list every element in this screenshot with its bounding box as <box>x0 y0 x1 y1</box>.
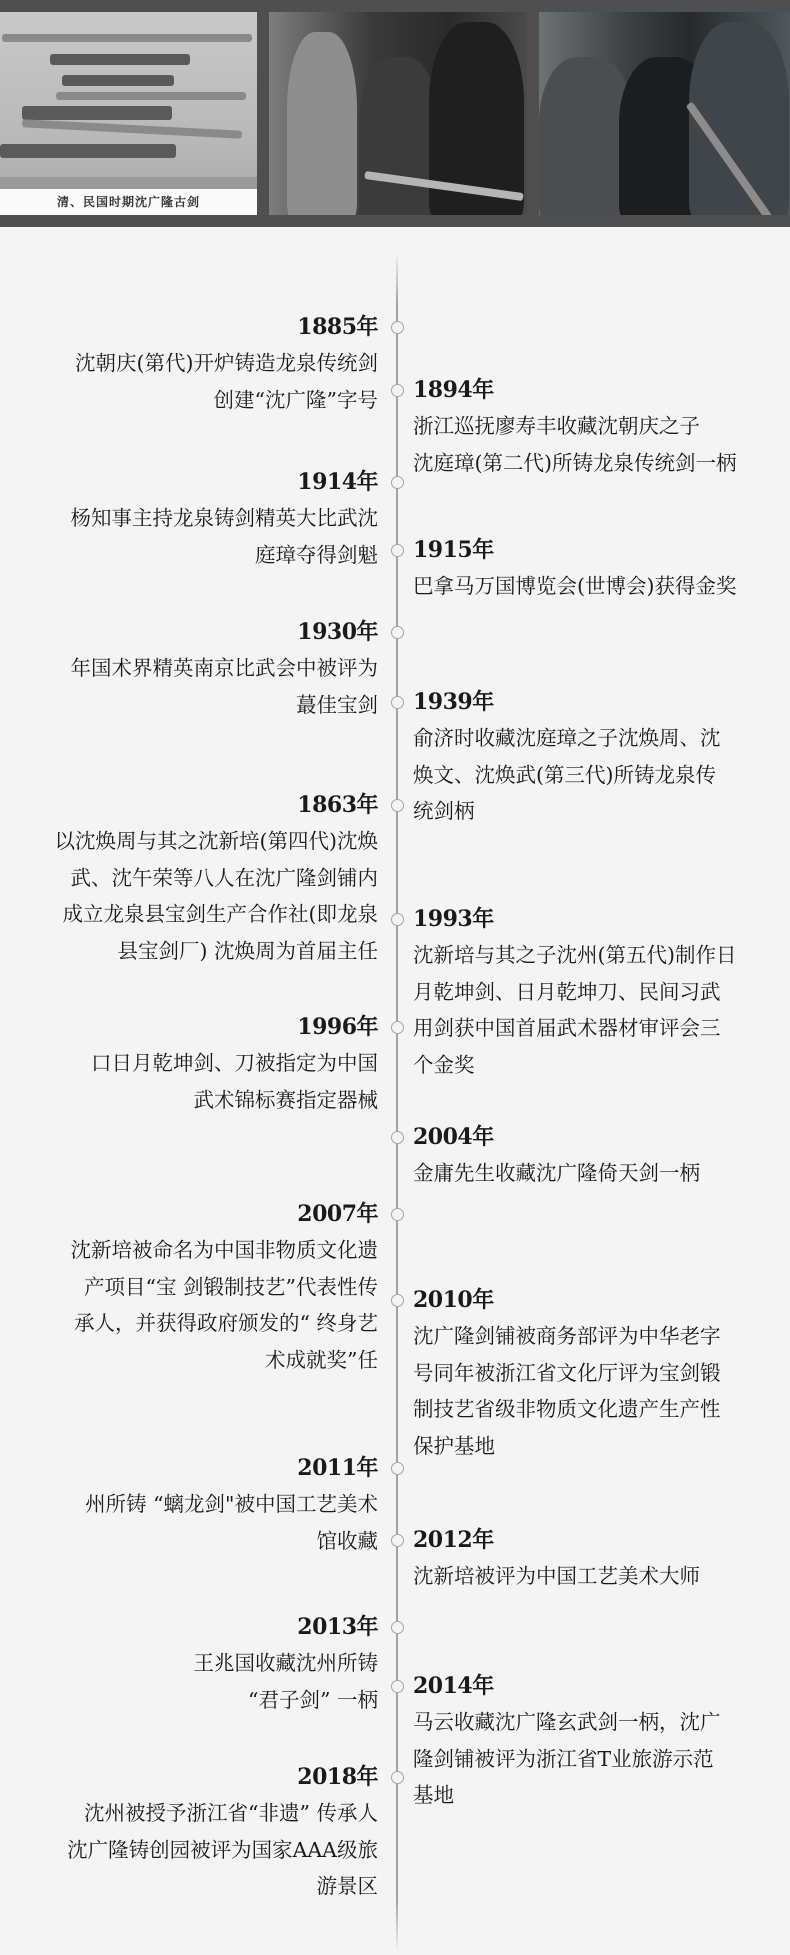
description-line: 个金奖 <box>413 1047 790 1084</box>
entry-year: 1894年 <box>413 376 790 404</box>
figure-shape <box>287 32 357 215</box>
timeline-entry-1915: 1915年 巴拿马万国博览会(世博会)获得金奖 <box>413 536 790 605</box>
entry-year: 2014年 <box>413 1672 790 1700</box>
entry-year: 2018年 <box>0 1763 378 1791</box>
entry-description: 杨知事主持龙泉铸剑精英大比武沈 庭璋夺得剑魁 <box>0 500 378 573</box>
timeline-node <box>391 1208 404 1221</box>
timeline-node <box>391 1462 404 1475</box>
sword-shape <box>56 92 246 100</box>
description-line: 沈广隆铸创园被评为国家AAA级旅 <box>0 1832 378 1869</box>
photo-caption: 清、民国时期沈广隆古剑 <box>0 189 257 215</box>
description-line: 用剑获中国首届武术器材审评会三 <box>413 1010 790 1047</box>
timeline-entry-2010: 2010年 沈广隆剑铺被商务部评为中华老字 号同年被浙江省文化厅评为宝剑锻 制技… <box>413 1286 790 1464</box>
entry-year: 1993年 <box>413 905 790 933</box>
sword-shape <box>62 75 174 86</box>
sword-shape <box>2 34 252 42</box>
entry-year: 1915年 <box>413 536 790 564</box>
timeline-node <box>391 799 404 812</box>
entry-description: 浙江巡抚廖寿丰收藏沈朝庆之子 沈庭璋(第二代)所铸龙泉传统剑一柄 <box>413 408 790 481</box>
photo-header-band: 清、民国时期沈广隆古剑 <box>0 0 790 227</box>
timeline-entry-1885: 1885年 沈朝庆(第代)开炉铸造龙泉传统剑 创建“沈广隆”字号 <box>0 313 378 418</box>
timeline-node <box>391 1294 404 1307</box>
figure-shape <box>359 57 439 215</box>
timeline-node <box>391 1680 404 1693</box>
description-line: 成立龙泉县宝剑生产合作社(即龙泉 <box>0 896 378 933</box>
description-line: 沈新培被命名为中国非物质文化遗 <box>0 1232 378 1269</box>
entry-year: 1863年 <box>0 791 378 819</box>
description-line: 沈广隆剑铺被商务部评为中华老字 <box>413 1318 790 1355</box>
description-line: 月乾坤剑、日月乾坤刀、民间习武 <box>413 974 790 1011</box>
description-line: 焕文、沈焕武(第三代)所铸龙泉传 <box>413 757 790 794</box>
timeline-node <box>391 1534 404 1547</box>
description-line: 年国术界精英南京比武会中被评为 <box>0 650 378 687</box>
description-line: 保护基地 <box>413 1428 790 1465</box>
timeline-node <box>391 1131 404 1144</box>
entry-year: 2010年 <box>413 1286 790 1314</box>
entry-description: 金庸先生收藏沈广隆倚天剑一柄 <box>413 1155 790 1192</box>
description-line: 游景区 <box>0 1868 378 1905</box>
timeline-entry-2012: 2012年 沈新培被评为中国工艺美术大师 <box>413 1526 790 1595</box>
description-line: 创建“沈广隆”字号 <box>0 382 378 419</box>
description-line: 王兆国收藏沈州所铸 <box>0 1645 378 1682</box>
caption-divider <box>0 177 257 189</box>
timeline-node <box>391 1021 404 1034</box>
description-line: 沈新培与其之子沈州(第五代)制作日 <box>413 937 790 974</box>
timeline-entry-1914: 1914年 杨知事主持龙泉铸剑精英大比武沈 庭璋夺得剑魁 <box>0 468 378 573</box>
entry-description: 沈广隆剑铺被商务部评为中华老字 号同年被浙江省文化厅评为宝剑锻 制技艺省级非物质… <box>413 1318 790 1464</box>
sword-shape <box>22 106 172 120</box>
timeline-node <box>391 626 404 639</box>
description-line: 庭璋夺得剑魁 <box>0 537 378 574</box>
timeline-entry-2007: 2007年 沈新培被命名为中国非物质文化遗 产项目“宝 剑锻制技艺”代表性传 承… <box>0 1200 378 1378</box>
entry-year: 1914年 <box>0 468 378 496</box>
description-line: 马云收藏沈广隆玄武剑一柄，沈广 <box>413 1704 790 1741</box>
description-line: 杨知事主持龙泉铸剑精英大比武沈 <box>0 500 378 537</box>
timeline-node <box>391 476 404 489</box>
timeline-entry-1996: 1996年 口日月乾坤剑、刀被指定为中国 武术锦标赛指定器械 <box>0 1013 378 1118</box>
timeline-node <box>391 321 404 334</box>
timeline-node <box>391 1771 404 1784</box>
entry-description: 以沈焕周与其之沈新培(第四代)沈焕 武、沈午荣等八人在沈广隆剑铺内 成立龙泉县宝… <box>0 823 378 969</box>
ancient-swords-photo: 清、民国时期沈广隆古剑 <box>0 12 257 215</box>
entry-description: 沈新培被评为中国工艺美术大师 <box>413 1558 790 1595</box>
timeline-node <box>391 1621 404 1634</box>
entry-description: 州所铸 “螭龙剑"被中国工艺美术 馆收藏 <box>0 1486 378 1559</box>
entry-year: 1996年 <box>0 1013 378 1041</box>
sword-shape <box>22 119 242 139</box>
description-line: 金庸先生收藏沈广隆倚天剑一柄 <box>413 1155 790 1192</box>
sword-shape <box>0 144 176 158</box>
description-line: 县宝剑厂) 沈焕周为首届主任 <box>0 933 378 970</box>
description-line: 号同年被浙江省文化厅评为宝剑锻 <box>413 1355 790 1392</box>
description-line: 沈新培被评为中国工艺美术大师 <box>413 1558 790 1595</box>
description-line: 俞济时收藏沈庭璋之子沈焕周、沈 <box>413 720 790 757</box>
description-line: 产项目“宝 剑锻制技艺”代表性传 <box>0 1269 378 1306</box>
timeline-entry-2004: 2004年 金庸先生收藏沈广隆倚天剑一柄 <box>413 1123 790 1192</box>
timeline-axis <box>396 252 398 1952</box>
inspection-photo <box>539 12 790 215</box>
description-line: 隆剑铺被评为浙江省T业旅游示范 <box>413 1741 790 1778</box>
description-line: 武术锦标赛指定器械 <box>0 1082 378 1119</box>
entry-description: 马云收藏沈广隆玄武剑一柄，沈广 隆剑铺被评为浙江省T业旅游示范 基地 <box>413 1704 790 1814</box>
sword-shape <box>50 54 190 65</box>
description-line: 沈朝庆(第代)开炉铸造龙泉传统剑 <box>0 345 378 382</box>
entry-year: 2004年 <box>413 1123 790 1151</box>
description-line: 沈庭璋(第二代)所铸龙泉传统剑一柄 <box>413 445 790 482</box>
description-line: 巴拿马万国博览会(世博会)获得金奖 <box>413 568 790 605</box>
entry-year: 2012年 <box>413 1526 790 1554</box>
timeline-entry-2018: 2018年 沈州被授予浙江省“非遗” 传承人 沈广隆铸创园被评为国家AAA级旅 … <box>0 1763 378 1905</box>
entry-description: 沈州被授予浙江省“非遗” 传承人 沈广隆铸创园被评为国家AAA级旅 游景区 <box>0 1795 378 1905</box>
workshop-photo <box>269 12 527 215</box>
description-line: “君子剑” 一柄 <box>0 1682 378 1719</box>
timeline-entry-2014: 2014年 马云收藏沈广隆玄武剑一柄，沈广 隆剑铺被评为浙江省T业旅游示范 基地 <box>413 1672 790 1814</box>
description-line: 沈州被授予浙江省“非遗” 传承人 <box>0 1795 378 1832</box>
description-line: 基地 <box>413 1777 790 1814</box>
entry-description: 沈朝庆(第代)开炉铸造龙泉传统剑 创建“沈广隆”字号 <box>0 345 378 418</box>
description-line: 承人，并获得政府颁发的“ 终身艺 <box>0 1305 378 1342</box>
description-line: 术成就奖”任 <box>0 1342 378 1379</box>
description-line: 馆收藏 <box>0 1523 378 1560</box>
description-line: 以沈焕周与其之沈新培(第四代)沈焕 <box>0 823 378 860</box>
description-line: 蕞佳宝剑 <box>0 687 378 724</box>
entry-year: 2011年 <box>0 1454 378 1482</box>
entry-year: 2013年 <box>0 1613 378 1641</box>
timeline-entry-1894: 1894年 浙江巡抚廖寿丰收藏沈朝庆之子 沈庭璋(第二代)所铸龙泉传统剑一柄 <box>413 376 790 481</box>
timeline-entry-1930: 1930年 年国术界精英南京比武会中被评为 蕞佳宝剑 <box>0 618 378 723</box>
description-line: 州所铸 “螭龙剑"被中国工艺美术 <box>0 1486 378 1523</box>
timeline-entry-2013: 2013年 王兆国收藏沈州所铸 “君子剑” 一柄 <box>0 1613 378 1718</box>
entry-year: 2007年 <box>0 1200 378 1228</box>
entry-description: 沈新培被命名为中国非物质文化遗 产项目“宝 剑锻制技艺”代表性传 承人，并获得政… <box>0 1232 378 1378</box>
description-line: 统剑柄 <box>413 793 790 830</box>
entry-year: 1930年 <box>0 618 378 646</box>
entry-description: 口日月乾坤剑、刀被指定为中国 武术锦标赛指定器械 <box>0 1045 378 1118</box>
timeline-entry-1863: 1863年 以沈焕周与其之沈新培(第四代)沈焕 武、沈午荣等八人在沈广隆剑铺内 … <box>0 791 378 969</box>
entry-year: 1885年 <box>0 313 378 341</box>
description-line: 制技艺省级非物质文化遗产生产性 <box>413 1391 790 1428</box>
entry-description: 年国术界精英南京比武会中被评为 蕞佳宝剑 <box>0 650 378 723</box>
entry-description: 沈新培与其之子沈州(第五代)制作日 月乾坤剑、日月乾坤刀、民间习武 用剑获中国首… <box>413 937 790 1083</box>
timeline-node <box>391 544 404 557</box>
description-line: 浙江巡抚廖寿丰收藏沈朝庆之子 <box>413 408 790 445</box>
timeline-node <box>391 384 404 397</box>
description-line: 口日月乾坤剑、刀被指定为中国 <box>0 1045 378 1082</box>
timeline-node <box>391 696 404 709</box>
timeline-entry-1993: 1993年 沈新培与其之子沈州(第五代)制作日 月乾坤剑、日月乾坤刀、民间习武 … <box>413 905 790 1083</box>
timeline-entry-2011: 2011年 州所铸 “螭龙剑"被中国工艺美术 馆收藏 <box>0 1454 378 1559</box>
timeline-entry-1939: 1939年 俞济时收藏沈庭璋之子沈焕周、沈 焕文、沈焕武(第三代)所铸龙泉传 统… <box>413 688 790 830</box>
entry-description: 巴拿马万国博览会(世博会)获得金奖 <box>413 568 790 605</box>
description-line: 武、沈午荣等八人在沈广隆剑铺内 <box>0 860 378 897</box>
timeline-node <box>391 913 404 926</box>
entry-description: 王兆国收藏沈州所铸 “君子剑” 一柄 <box>0 1645 378 1718</box>
entry-description: 俞济时收藏沈庭璋之子沈焕周、沈 焕文、沈焕武(第三代)所铸龙泉传 统剑柄 <box>413 720 790 830</box>
entry-year: 1939年 <box>413 688 790 716</box>
